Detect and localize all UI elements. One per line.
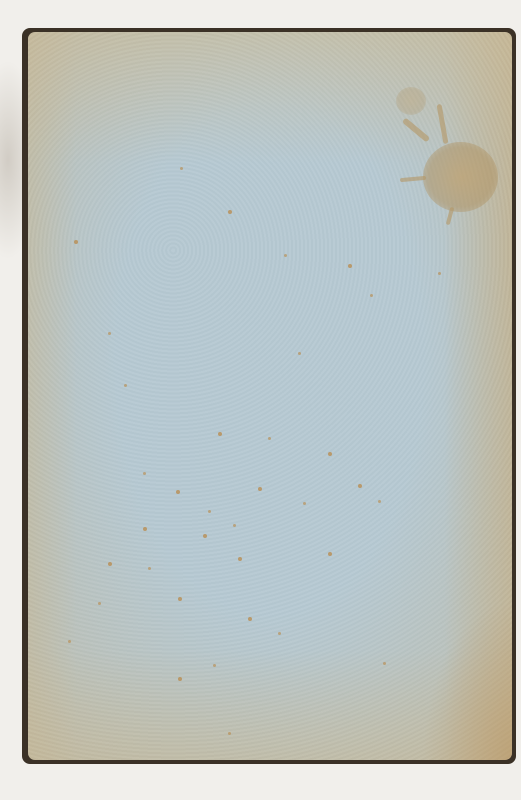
paper-cover: [28, 32, 512, 760]
corner-discoloration: [422, 600, 512, 760]
